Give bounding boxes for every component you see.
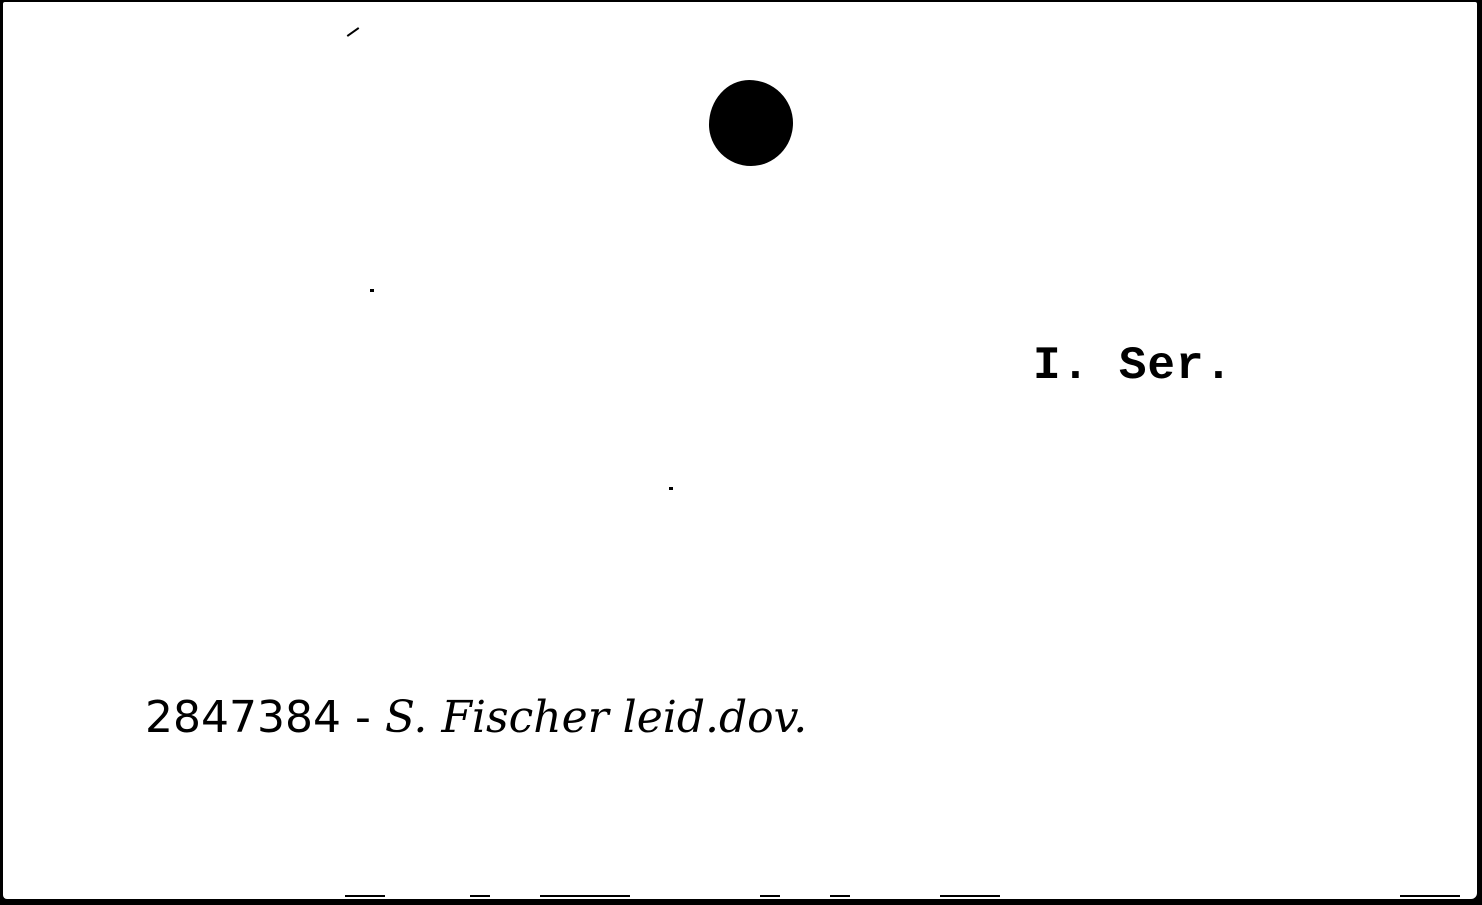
entry-number: 2847384 xyxy=(145,692,341,743)
handwritten-entry: 2847384 - S. Fischer leid.dov. xyxy=(145,692,807,743)
speck-mark xyxy=(370,289,374,292)
series-label: I. Ser. xyxy=(1033,340,1233,392)
entry-separator: - xyxy=(355,692,371,743)
entry-name: S. Fischer xyxy=(385,692,609,743)
speck-mark xyxy=(669,487,673,490)
stray-pen-mark xyxy=(347,27,360,37)
punch-hole xyxy=(709,80,793,166)
card-bottom-edge-marks xyxy=(0,893,1482,899)
index-card: I. Ser. 2847384 - S. Fischer leid.dov. xyxy=(3,2,1477,899)
entry-annotation: leid.dov. xyxy=(623,692,808,743)
